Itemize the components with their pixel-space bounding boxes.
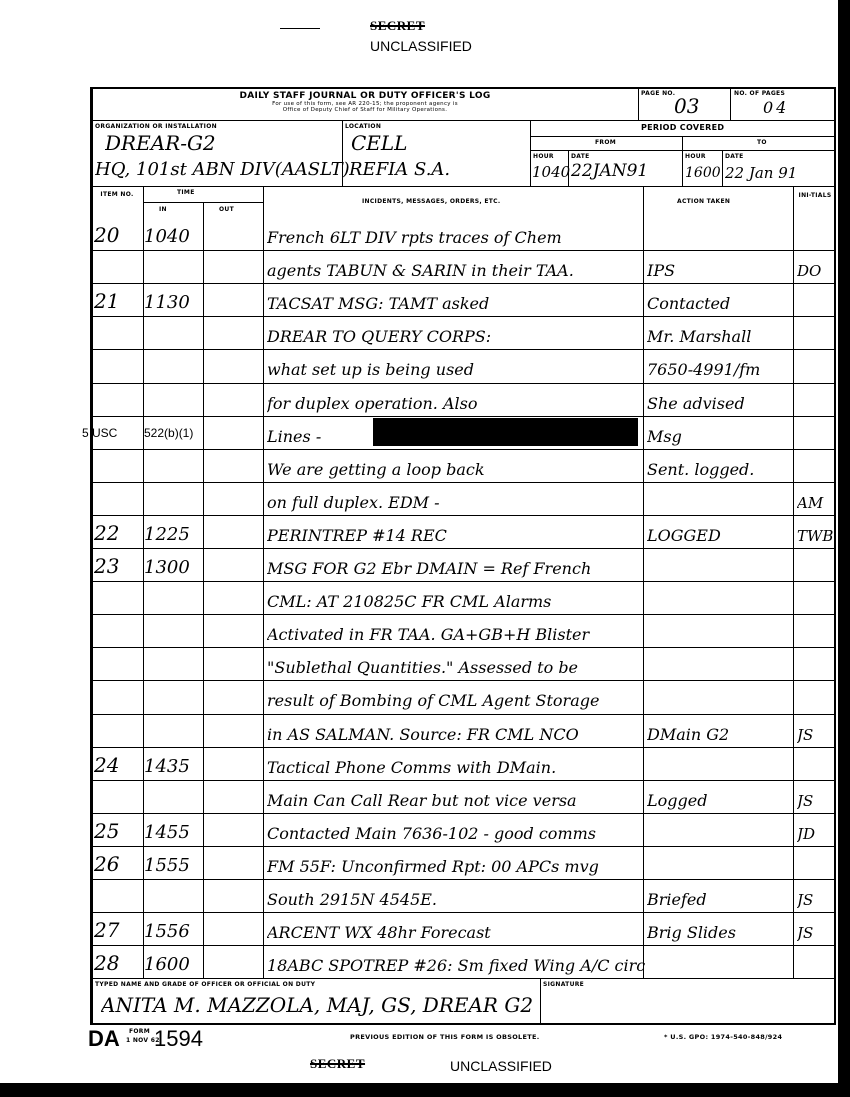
table-row[interactable]: 261555FM 55F: Unconfirmed Rpt: 00 APCs m… (92, 846, 836, 879)
time-in-cell: 1040 (144, 217, 204, 250)
action-taken-cell (647, 945, 795, 978)
initials-cell: JS (797, 780, 835, 813)
time-in-cell (144, 250, 204, 283)
time-out-cell (204, 846, 264, 879)
top-classification: SECRET UNCLASSIFIED (280, 16, 580, 56)
initials-cell (797, 647, 835, 680)
time-out-cell (204, 647, 264, 680)
organization-line-2: HQ, 101st ABN DIV(AASLT) (95, 159, 350, 180)
previous-edition-note: PREVIOUS EDITION OF THIS FORM IS OBSOLET… (350, 1033, 539, 1041)
item-number-cell (94, 614, 144, 647)
time-in-cell (144, 780, 204, 813)
number-of-pages-field[interactable]: NO. OF PAGES 04 (731, 88, 835, 120)
current-classification-marking: UNCLASSIFIED (370, 38, 472, 54)
initials-cell (797, 680, 835, 713)
incident-cell: ARCENT WX 48hr Forecast (267, 912, 645, 945)
organization-line-1: DREAR-G2 (105, 131, 216, 155)
incident-cell: result of Bombing of CML Agent Storage (267, 680, 645, 713)
initials-cell: AM (797, 482, 835, 515)
table-row[interactable]: DREAR TO QUERY CORPS:Mr. Marshall (92, 316, 836, 349)
table-row[interactable]: South 2915N 4545E.BriefedJS (92, 879, 836, 912)
from-hour-field[interactable]: HOUR 1040 (531, 151, 567, 185)
initials-cell: TWB (797, 515, 835, 548)
action-taken-cell (647, 217, 795, 250)
time-out-cell (204, 482, 264, 515)
header-item-no: ITEM NO. (98, 191, 136, 199)
time-in-cell (144, 349, 204, 382)
action-taken-cell: Briefed (647, 879, 795, 912)
initials-cell (797, 846, 835, 879)
table-row[interactable]: 251455Contacted Main 7636-102 - good com… (92, 813, 836, 846)
time-in-cell: 1555 (144, 846, 204, 879)
time-out-cell (204, 349, 264, 382)
item-number-cell (94, 714, 144, 747)
item-number-cell (94, 383, 144, 416)
item-number-cell (94, 581, 144, 614)
header-action-taken: ACTION TAKEN (677, 198, 730, 205)
table-row[interactable]: on full duplex. EDM -AM (92, 482, 836, 515)
initials-cell (797, 416, 835, 449)
item-number-cell (94, 680, 144, 713)
action-taken-cell (647, 846, 795, 879)
time-out-cell (204, 449, 264, 482)
incident-cell: Main Can Call Rear but not vice versa (267, 780, 645, 813)
to-hour-label: HOUR (685, 153, 706, 160)
from-label: FROM (595, 139, 616, 146)
item-number-cell: 20 (94, 217, 144, 250)
incident-cell: DREAR TO QUERY CORPS: (267, 316, 645, 349)
incident-cell: French 6LT DIV rpts traces of Chem (267, 217, 645, 250)
period-covered-label: PERIOD COVERED (641, 123, 724, 132)
initials-cell: JS (797, 912, 835, 945)
header-time-out: OUT (219, 206, 234, 213)
item-number-cell (94, 250, 144, 283)
time-in-cell: 1556 (144, 912, 204, 945)
item-number-cell (94, 647, 144, 680)
organization-label: ORGANIZATION OR INSTALLATION (95, 123, 217, 130)
time-out-cell (204, 581, 264, 614)
bottom-struck-classification: SECRET (310, 1056, 365, 1072)
gpo-imprint: * U.S. GPO: 1974-540-848/924 (664, 1033, 782, 1041)
action-taken-cell (647, 548, 795, 581)
scan-edge-right (838, 0, 850, 1097)
to-hour-field[interactable]: HOUR 1600 (683, 151, 721, 185)
table-row[interactable]: result of Bombing of CML Agent Storage (92, 680, 836, 713)
time-in-cell (144, 714, 204, 747)
table-row[interactable]: 231300MSG FOR G2 Ebr DMAIN = Ref French (92, 548, 836, 581)
header-incidents: INCIDENTS, MESSAGES, ORDERS, ETC. (362, 198, 500, 205)
time-out-cell (204, 316, 264, 349)
incident-cell: We are getting a loop back (267, 449, 645, 482)
item-number-cell (94, 449, 144, 482)
action-taken-cell: Brig Slides (647, 912, 795, 945)
time-in-cell (144, 647, 204, 680)
action-taken-cell: IPS (647, 250, 795, 283)
time-in-cell (144, 614, 204, 647)
action-taken-cell (647, 680, 795, 713)
table-row[interactable]: "Sublethal Quantities." Assessed to be (92, 647, 836, 680)
redaction-block (373, 418, 638, 446)
initials-cell: JD (797, 813, 835, 846)
location-line-2: REFIA S.A. (349, 159, 450, 180)
table-row[interactable]: in AS SALMAN. Source: FR CML NCODMain G2… (92, 714, 836, 747)
scan-edge-bottom (0, 1083, 850, 1097)
to-date-value: 22 Jan 91 (725, 164, 797, 182)
form-number-block: DA FORM 1 NOV 62 1594 (88, 1026, 248, 1052)
signature-field[interactable]: SIGNATURE (541, 979, 835, 1023)
initials-cell (797, 349, 835, 382)
incident-cell: what set up is being used (267, 349, 645, 382)
time-out-cell (204, 383, 264, 416)
action-taken-cell: DMain G2 (647, 714, 795, 747)
table-row[interactable]: 241435Tactical Phone Comms with DMain. (92, 747, 836, 780)
initials-cell (797, 217, 835, 250)
incident-cell: on full duplex. EDM - (267, 482, 645, 515)
time-in-cell: 1455 (144, 813, 204, 846)
item-number-cell: 21 (94, 283, 144, 316)
time-out-cell (204, 813, 264, 846)
time-out-cell (204, 250, 264, 283)
item-number-cell: 5 USC (82, 416, 132, 449)
from-date-label: DATE (571, 153, 590, 160)
incident-cell: for duplex operation. Also (267, 383, 645, 416)
page-number-field[interactable]: PAGE NO. 03 (639, 88, 729, 120)
table-row[interactable]: 201040French 6LT DIV rpts traces of Chem (92, 217, 836, 250)
table-row[interactable]: 211130TACSAT MSG: TAMT askedContacted (92, 283, 836, 316)
time-out-cell (204, 515, 264, 548)
action-taken-cell (647, 747, 795, 780)
initials-cell: DO (797, 250, 835, 283)
action-taken-cell: 7650-4991/fm (647, 349, 795, 382)
number-of-pages-label: NO. OF PAGES (734, 90, 785, 97)
from-date-value: 22JAN91 (571, 161, 648, 181)
initials-cell: JS (797, 879, 835, 912)
table-row[interactable]: 221225PERINTREP #14 RECLOGGEDTWB (92, 515, 836, 548)
initials-cell: JS (797, 714, 835, 747)
table-row[interactable]: what set up is being used7650-4991/fm (92, 349, 836, 382)
to-hour-value: 1600 (685, 165, 721, 181)
time-out-cell (204, 283, 264, 316)
time-out-cell (204, 548, 264, 581)
item-number-cell: 28 (94, 945, 144, 978)
item-number-cell: 23 (94, 548, 144, 581)
typed-name-label: TYPED NAME AND GRADE OF OFFICER OR OFFIC… (95, 981, 315, 988)
organization-field[interactable]: ORGANIZATION OR INSTALLATION DREAR-G2 HQ… (93, 121, 341, 185)
time-in-cell (144, 680, 204, 713)
incident-cell: "Sublethal Quantities." Assessed to be (267, 647, 645, 680)
typed-name-field[interactable]: TYPED NAME AND GRADE OF OFFICER OR OFFIC… (93, 979, 540, 1023)
initials-cell (797, 581, 835, 614)
action-taken-cell (647, 813, 795, 846)
action-taken-cell (647, 614, 795, 647)
initials-cell (797, 945, 835, 978)
action-taken-cell: She advised (647, 383, 795, 416)
action-taken-cell: LOGGED (647, 515, 795, 548)
item-number-cell: 26 (94, 846, 144, 879)
action-taken-cell: Msg (647, 416, 795, 449)
form-title: DAILY STAFF JOURNAL OR DUTY OFFICER'S LO… (92, 91, 638, 101)
action-taken-cell: Sent. logged. (647, 449, 795, 482)
item-number-cell (94, 316, 144, 349)
incident-cell: Activated in FR TAA. GA+GB+H Blister (267, 614, 645, 647)
item-number-cell (94, 482, 144, 515)
incident-cell: agents TABUN & SARIN in their TAA. (267, 250, 645, 283)
form-number: 1594 (154, 1026, 203, 1052)
time-out-cell (204, 879, 264, 912)
action-taken-cell (647, 647, 795, 680)
table-row[interactable]: agents TABUN & SARIN in their TAA.IPSDO (92, 250, 836, 283)
header-time: TIME (177, 189, 195, 196)
time-out-cell (204, 747, 264, 780)
initials-cell (797, 548, 835, 581)
to-date-label: DATE (725, 153, 744, 160)
form-title-block: DAILY STAFF JOURNAL OR DUTY OFFICER'S LO… (92, 89, 638, 120)
location-line-1: CELL (351, 131, 407, 155)
form-prefix: DA (88, 1026, 120, 1052)
time-in-cell: 1435 (144, 747, 204, 780)
action-taken-cell: Contacted (647, 283, 795, 316)
action-taken-cell (647, 581, 795, 614)
from-date-field[interactable]: DATE 22JAN91 (569, 151, 681, 185)
to-date-field[interactable]: DATE 22 Jan 91 (723, 151, 835, 185)
incident-cell: CML: AT 210825C FR CML Alarms (267, 581, 645, 614)
item-number-cell: 22 (94, 515, 144, 548)
form-subtitle-2: Office of Deputy Chief of Staff for Mili… (92, 107, 638, 113)
item-number-cell: 27 (94, 912, 144, 945)
time-out-cell (204, 714, 264, 747)
initials-cell (797, 614, 835, 647)
page-number-label: PAGE NO. (641, 90, 675, 97)
table-row[interactable]: 271556ARCENT WX 48hr ForecastBrig Slides… (92, 912, 836, 945)
incident-cell: FM 55F: Unconfirmed Rpt: 00 APCs mvg (267, 846, 645, 879)
incident-cell: TACSAT MSG: TAMT asked (267, 283, 645, 316)
action-taken-cell (647, 482, 795, 515)
time-out-cell (204, 416, 264, 449)
table-row[interactable]: 28160018ABC SPOTREP #26: Sm fixed Wing A… (92, 945, 836, 978)
time-in-cell: 1130 (144, 283, 204, 316)
from-hour-label: HOUR (533, 153, 554, 160)
table-row[interactable]: CML: AT 210825C FR CML Alarms (92, 581, 836, 614)
table-row[interactable]: Main Can Call Rear but not vice versaLog… (92, 780, 836, 813)
page-number-value: 03 (674, 94, 699, 118)
time-out-cell (204, 780, 264, 813)
time-out-cell (204, 614, 264, 647)
time-out-cell (204, 912, 264, 945)
item-number-cell: 25 (94, 813, 144, 846)
location-field[interactable]: LOCATION CELL REFIA S.A. (343, 121, 529, 185)
form-label: FORM (129, 1028, 150, 1035)
time-out-cell (204, 217, 264, 250)
incident-cell: in AS SALMAN. Source: FR CML NCO (267, 714, 645, 747)
to-label: TO (757, 139, 767, 146)
time-in-cell (144, 316, 204, 349)
incident-cell: South 2915N 4545E. (267, 879, 645, 912)
initials-cell (797, 316, 835, 349)
item-number-cell (94, 349, 144, 382)
time-in-cell: 1225 (144, 515, 204, 548)
time-in-cell (144, 879, 204, 912)
time-out-cell (204, 680, 264, 713)
table-row[interactable]: for duplex operation. AlsoShe advised (92, 383, 836, 416)
action-taken-cell: Mr. Marshall (647, 316, 795, 349)
time-in-cell (144, 383, 204, 416)
initials-cell (797, 383, 835, 416)
initials-cell (797, 449, 835, 482)
time-in-cell: 1600 (144, 945, 204, 978)
action-taken-cell: Logged (647, 780, 795, 813)
item-number-cell: 24 (94, 747, 144, 780)
item-number-cell (94, 879, 144, 912)
incident-cell: 18ABC SPOTREP #26: Sm fixed Wing A/C cir… (267, 945, 645, 978)
location-label: LOCATION (345, 123, 381, 130)
item-number-cell (94, 780, 144, 813)
header-time-in: IN (159, 206, 167, 213)
typed-name-value: ANITA M. MAZZOLA, MAJ, GS, DREAR G2 (101, 993, 533, 1017)
from-hour-value: 1040 (532, 163, 570, 181)
table-row[interactable]: We are getting a loop backSent. logged. (92, 449, 836, 482)
time-in-cell (144, 581, 204, 614)
initials-cell (797, 747, 835, 780)
struck-classification-marking: SECRET (370, 18, 425, 34)
table-row[interactable]: Activated in FR TAA. GA+GB+H Blister (92, 614, 836, 647)
incident-cell: MSG FOR G2 Ebr DMAIN = Ref French (267, 548, 645, 581)
incident-cell: Tactical Phone Comms with DMain. (267, 747, 645, 780)
initials-cell (797, 283, 835, 316)
incident-cell: Contacted Main 7636-102 - good comms (267, 813, 645, 846)
time-in-cell (144, 449, 204, 482)
bottom-current-classification: UNCLASSIFIED (450, 1058, 552, 1074)
time-in-cell: 1300 (144, 548, 204, 581)
time-in-cell (144, 482, 204, 515)
incident-cell: PERINTREP #14 REC (267, 515, 645, 548)
header-initials: INI-TIALS (797, 192, 833, 200)
number-of-pages-value: 04 (763, 98, 789, 117)
signature-label: SIGNATURE (543, 981, 584, 988)
time-out-cell (204, 945, 264, 978)
